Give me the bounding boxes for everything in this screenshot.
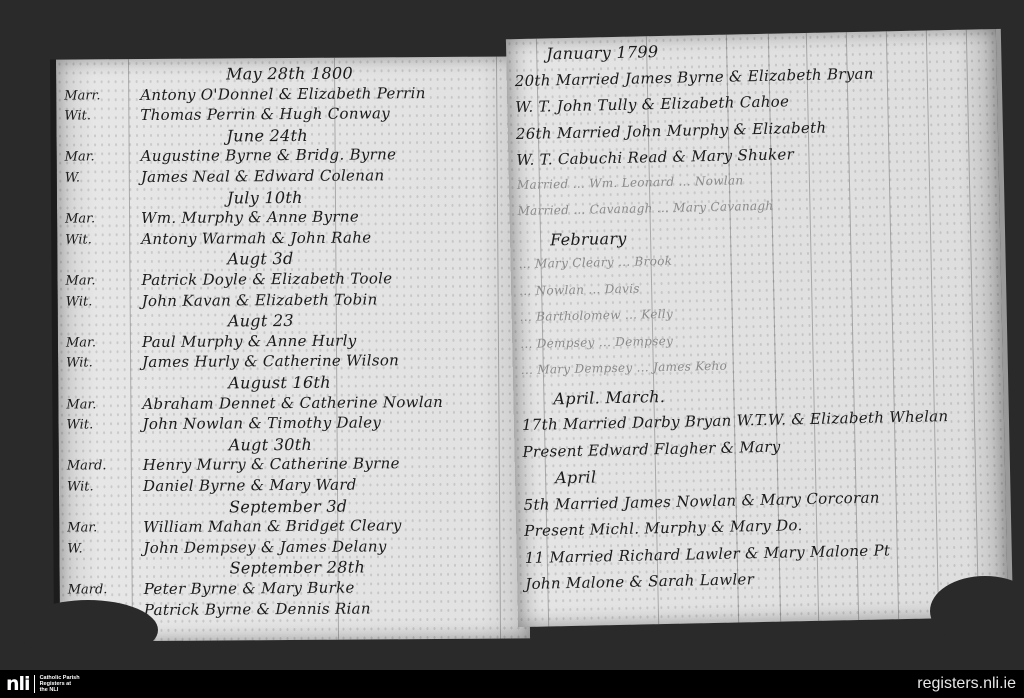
thumb-shadow (18, 600, 158, 660)
register-entry: Patrick Doyle & Elizabeth Toole (141, 269, 392, 289)
logo-divider (34, 675, 35, 693)
margin-label: Mar. (66, 335, 96, 350)
register-entry: ... Mary Cleary ... Brook (518, 254, 672, 271)
register-entry: James Hurly & Catherine Wilson (142, 352, 399, 372)
left-page: May 28th 1800Antony O'Donnel & Elizabeth… (50, 56, 530, 641)
entry-date: April (555, 467, 597, 487)
nli-logo-mark: nli (6, 674, 30, 694)
column-rule (496, 57, 501, 639)
margin-label: Wit. (67, 479, 94, 494)
register-entry: Present Michl. Murphy & Mary Do. (524, 516, 803, 540)
register-entry: ... Dempsey ... Dempsey (520, 333, 673, 350)
entry-date: September 3d (229, 496, 347, 516)
entry-date: August 16th (228, 373, 331, 393)
register-entry: John Nowlan & Timothy Daley (142, 414, 381, 434)
margin-label: Wit. (64, 109, 91, 124)
margin-label: Mard. (67, 459, 107, 474)
register-entry: 26th Married John Murphy & Elizabeth (516, 118, 827, 142)
register-entry: 11 Married Richard Lawler & Mary Malone … (525, 541, 891, 567)
margin-label: Wit. (66, 356, 93, 371)
register-entry: Paul Murphy & Anne Hurly (142, 331, 357, 350)
margin-label: Mar. (65, 212, 95, 227)
entry-date: Augt 3d (227, 249, 293, 268)
register-entry: James Neal & Edward Colenan (141, 166, 385, 186)
register-entry: Augustine Byrne & Bridg. Byrne (141, 146, 397, 166)
register-entry: John Dempsey & James Delany (143, 537, 386, 557)
entry-date: May 28th 1800 (226, 64, 353, 84)
register-entry: Henry Murry & Catherine Byrne (143, 455, 400, 475)
register-entry: John Kavan & Elizabeth Tobin (142, 290, 378, 310)
margin-label: Mar. (65, 273, 95, 288)
register-entry: W. T. John Tully & Elizabeth Cahoe (515, 92, 789, 116)
margin-label: Mard. (68, 582, 108, 597)
entry-date: July 10th (227, 188, 303, 208)
logo-caption: Catholic Parish Registers at the NLI (40, 675, 80, 693)
register-entry: Wm. Murphy & Anne Byrne (141, 208, 359, 228)
thumb-shadow (930, 576, 1024, 646)
register-entry: ... Mary Dempsey ... James Keho (521, 359, 728, 377)
footer-bar: nli Catholic Parish Registers at the NLI… (0, 670, 1024, 698)
entry-date: June 24th (226, 126, 308, 146)
entry-date: Augt 23 (228, 311, 294, 330)
register-entry: John Malone & Sarah Lawler (525, 570, 754, 593)
register-entry: 5th Married James Nowlan & Mary Corcoran (523, 488, 879, 513)
register-entry: Peter Byrne & Mary Burke (144, 579, 355, 598)
margin-label: Wit. (66, 418, 93, 433)
register-entry: Married ... Wm. Leonard ... Nowlan (517, 173, 744, 192)
entry-date: Augt 30th (229, 435, 313, 455)
margin-label: Mar. (65, 150, 95, 165)
margin-label: W. (67, 541, 82, 556)
entry-date: September 28th (229, 558, 365, 578)
nli-logo[interactable]: nli Catholic Parish Registers at the NLI (6, 674, 80, 694)
register-scan: May 28th 1800Antony O'Donnel & Elizabeth… (38, 28, 1010, 628)
register-entry: W. T. Cabuchi Read & Mary Shuker (516, 145, 794, 169)
register-entry: Present Edward Flagher & Mary (522, 437, 780, 460)
register-entry: 17th Married Darby Bryan W.T.W. & Elizab… (522, 407, 949, 434)
register-entry: Daniel Byrne & Mary Ward (143, 476, 357, 495)
register-entry: Married ... Cavanagh ... Mary Cavanagh (517, 199, 773, 218)
register-entry: Patrick Byrne & Dennis Rian (144, 599, 371, 619)
entry-date: April. March. (553, 386, 665, 407)
register-entry: Antony Warmah & John Rahe (141, 228, 371, 248)
register-entry: Thomas Perrin & Hugh Conway (140, 104, 390, 124)
register-entry: ... Bartholomew ... Kelly (520, 307, 674, 324)
margin-label: W. (65, 170, 80, 185)
register-image-viewer[interactable]: May 28th 1800Antony O'Donnel & Elizabeth… (0, 0, 1024, 670)
register-entry: ... Nowlan ... Davis (519, 281, 640, 298)
register-entry: William Mahan & Bridget Cleary (143, 516, 401, 536)
margin-label: Mar. (66, 397, 96, 412)
register-entry: Abraham Dennet & Catherine Nowlan (142, 393, 443, 413)
register-entry: Antony O'Donnel & Elizabeth Perrin (140, 84, 426, 104)
margin-rule (128, 59, 133, 641)
register-entry: 20th Married James Byrne & Elizabeth Bry… (515, 64, 874, 90)
entry-date: January 1799 (546, 42, 659, 63)
margin-label: Marr. (64, 88, 100, 103)
margin-label: Mar. (67, 521, 97, 536)
entry-date: February (550, 228, 627, 249)
margin-label: Wit. (65, 232, 92, 247)
right-page: January 179920th Married James Byrne & E… (506, 29, 1013, 627)
site-link[interactable]: registers.nli.ie (917, 675, 1016, 693)
margin-label: Wit. (66, 294, 93, 309)
